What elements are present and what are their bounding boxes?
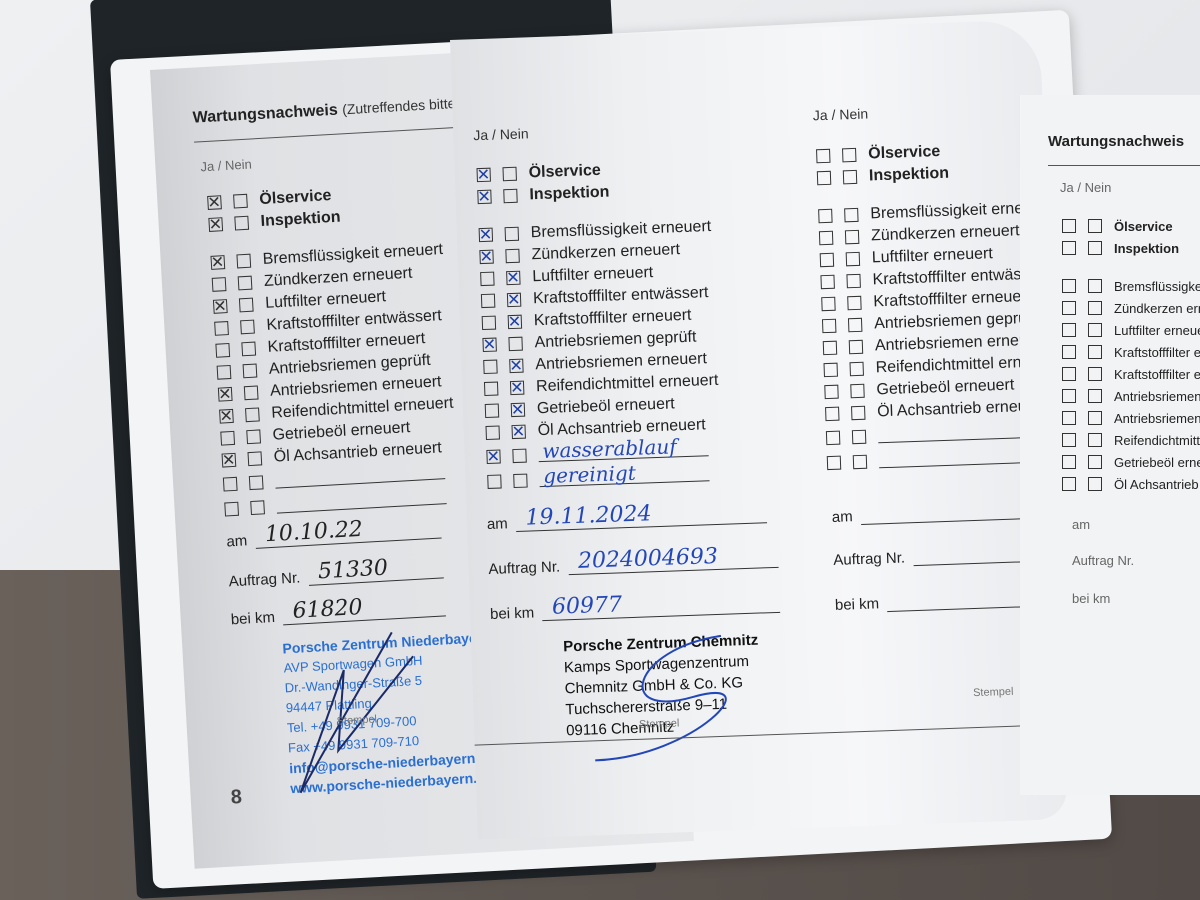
item-label: Getriebeöl erneuert bbox=[1114, 455, 1200, 470]
entry-2-km-field: bei km 60977 bbox=[490, 589, 781, 623]
checkbox-nein[interactable] bbox=[849, 340, 863, 354]
checkbox-nein[interactable] bbox=[1088, 411, 1102, 425]
checkbox-ja[interactable] bbox=[485, 404, 499, 418]
checkbox-ja[interactable] bbox=[214, 321, 229, 336]
checkbox-nein[interactable] bbox=[509, 359, 523, 373]
service-item-row: Öl Achsantrieb erneuert bbox=[1062, 473, 1200, 495]
checkbox-nein[interactable] bbox=[233, 194, 248, 209]
checkbox-ja[interactable] bbox=[1062, 323, 1076, 337]
checkbox-ja[interactable] bbox=[826, 430, 840, 444]
entry-2-signature bbox=[571, 624, 776, 771]
checkbox-ja[interactable] bbox=[482, 338, 496, 352]
item-label: Inspektion bbox=[260, 209, 341, 231]
entry-2-order-field: Auftrag Nr. 2024004693 bbox=[488, 544, 779, 578]
checkbox-ja[interactable] bbox=[816, 149, 830, 163]
page-heading-right: Wartungsnachweis bbox=[1048, 133, 1184, 150]
checkbox-ja[interactable] bbox=[487, 474, 501, 488]
checkbox-nein[interactable] bbox=[512, 448, 526, 462]
item-label: Öl Achsantrieb erneuert bbox=[1114, 477, 1200, 492]
checkbox-nein[interactable] bbox=[503, 189, 517, 203]
entry-2-checklist: ÖlserviceInspektionBremsflüssigkeit erne… bbox=[476, 156, 722, 494]
checkbox-ja[interactable] bbox=[480, 272, 494, 286]
service-item-row: Getriebeöl erneuert bbox=[1062, 451, 1200, 473]
checkbox-ja[interactable] bbox=[1062, 219, 1076, 233]
checkbox-nein[interactable] bbox=[249, 475, 264, 490]
checkbox-nein[interactable] bbox=[849, 362, 863, 376]
checkbox-nein[interactable] bbox=[1088, 389, 1102, 403]
checkbox-nein[interactable] bbox=[846, 252, 860, 266]
checkbox-nein[interactable] bbox=[234, 216, 249, 231]
ja-nein-header-4: Ja / Nein bbox=[1060, 180, 1111, 195]
checkbox-nein[interactable] bbox=[1088, 301, 1102, 315]
checkbox-nein[interactable] bbox=[1088, 219, 1102, 233]
item-label: Kraftstofffilter erneuert bbox=[1114, 367, 1200, 382]
checkbox-nein[interactable] bbox=[845, 230, 859, 244]
checkbox-ja[interactable] bbox=[207, 195, 222, 210]
item-label: Luftfilter erneuert bbox=[1114, 323, 1200, 338]
checkbox-nein[interactable] bbox=[511, 425, 525, 439]
checkbox-nein[interactable] bbox=[247, 451, 262, 466]
entry-1-checklist: ÖlserviceInspektionBremsflüssigkeit erne… bbox=[207, 179, 459, 522]
checkbox-ja[interactable] bbox=[212, 277, 227, 292]
checkbox-nein[interactable] bbox=[1088, 433, 1102, 447]
checkbox-ja[interactable] bbox=[824, 385, 838, 399]
checkbox-ja[interactable] bbox=[477, 190, 491, 204]
checkbox-ja[interactable] bbox=[821, 297, 835, 311]
checkbox-ja[interactable] bbox=[825, 407, 839, 421]
checkbox-nein[interactable] bbox=[513, 473, 527, 487]
checkbox-nein[interactable] bbox=[236, 254, 251, 269]
checkbox-ja[interactable] bbox=[1062, 455, 1076, 469]
checkbox-nein[interactable] bbox=[847, 296, 861, 310]
checkbox-ja[interactable] bbox=[485, 426, 499, 440]
service-item-row: Bremsflüssigkeit erneuert bbox=[1062, 275, 1200, 297]
checkbox-nein[interactable] bbox=[1088, 323, 1102, 337]
checkbox-nein[interactable] bbox=[1088, 455, 1102, 469]
checkbox-ja[interactable] bbox=[484, 382, 498, 396]
entry-3-date-field: am bbox=[831, 495, 1032, 526]
checkbox-nein[interactable] bbox=[844, 208, 858, 222]
checkbox-ja[interactable] bbox=[217, 365, 232, 380]
checkbox-ja[interactable] bbox=[1062, 367, 1076, 381]
checkbox-ja[interactable] bbox=[1062, 389, 1076, 403]
checkbox-nein[interactable] bbox=[245, 407, 260, 422]
checkbox-nein[interactable] bbox=[1088, 279, 1102, 293]
checkbox-ja[interactable] bbox=[223, 476, 238, 491]
entry-4-km-label: bei km bbox=[1072, 591, 1110, 606]
checkbox-nein[interactable] bbox=[243, 364, 258, 379]
checkbox-ja[interactable] bbox=[224, 501, 239, 516]
item-label: Luftfilter erneuert bbox=[532, 264, 654, 286]
service-item-row: Zündkerzen erneuert bbox=[1062, 297, 1200, 319]
ja-nein-header: Ja / Nein bbox=[200, 156, 252, 174]
checkbox-nein[interactable] bbox=[1088, 367, 1102, 381]
ja-nein-header-3: Ja / Nein bbox=[813, 105, 869, 123]
checkbox-ja[interactable] bbox=[818, 209, 832, 223]
checkbox-nein[interactable] bbox=[1088, 477, 1102, 491]
checkbox-nein[interactable] bbox=[502, 167, 516, 181]
entry-2-stempel-label: Stempel bbox=[639, 717, 680, 730]
checkbox-ja[interactable] bbox=[210, 255, 225, 270]
item-label: Zündkerzen erneuert bbox=[1114, 301, 1200, 316]
checkbox-nein[interactable] bbox=[510, 381, 524, 395]
service-item-row: Kraftstofffilter entwässert bbox=[1062, 341, 1200, 363]
checkbox-ja[interactable] bbox=[213, 299, 228, 314]
entry-1-km-field: bei km 61820 bbox=[230, 592, 446, 628]
checkbox-nein[interactable] bbox=[239, 298, 254, 313]
item-label: Getriebeöl erneuert bbox=[876, 377, 1014, 400]
checkbox-nein[interactable] bbox=[848, 318, 862, 332]
item-label: Inspektion bbox=[869, 165, 950, 186]
ja-nein-header-2: Ja / Nein bbox=[473, 125, 529, 143]
checkbox-nein[interactable] bbox=[505, 249, 519, 263]
entry-1-date-field: am 10.10.22 bbox=[226, 514, 442, 550]
service-type-row: Inspektion bbox=[1062, 237, 1200, 259]
booklet-page-right: Wartungsnachweis Ja / Nein ÖlserviceInsp… bbox=[1020, 95, 1200, 795]
checkbox-ja[interactable] bbox=[219, 409, 234, 424]
item-label: Reifendichtmittel erneuert bbox=[1114, 433, 1200, 448]
service-item-row: Kraftstofffilter erneuert bbox=[1062, 363, 1200, 385]
custom-item-line: gereinigt bbox=[539, 467, 709, 487]
checkbox-ja[interactable] bbox=[220, 431, 235, 446]
checkbox-nein[interactable] bbox=[250, 500, 265, 515]
checkbox-nein[interactable] bbox=[1088, 345, 1102, 359]
checkbox-ja[interactable] bbox=[819, 231, 833, 245]
checkbox-ja[interactable] bbox=[1062, 411, 1076, 425]
checkbox-nein[interactable] bbox=[511, 403, 525, 417]
checkbox-ja[interactable] bbox=[208, 217, 223, 232]
checkbox-ja[interactable] bbox=[482, 316, 496, 330]
checkbox-nein[interactable] bbox=[240, 320, 255, 335]
entry-4-date-label: am bbox=[1072, 517, 1090, 532]
checkbox-nein[interactable] bbox=[241, 342, 256, 357]
entry-1-stempel-label: Stempel bbox=[336, 713, 377, 727]
checkbox-ja[interactable] bbox=[215, 343, 230, 358]
item-label: Ölservice bbox=[259, 187, 332, 209]
checkbox-ja[interactable] bbox=[817, 171, 831, 185]
checkbox-ja[interactable] bbox=[479, 250, 493, 264]
checkbox-nein[interactable] bbox=[851, 406, 865, 420]
item-label: Zündkerzen erneuert bbox=[531, 241, 680, 264]
item-label: Zündkerzen erneuert bbox=[871, 222, 1020, 245]
service-item-row: Antriebsriemen erneuert bbox=[1062, 407, 1200, 429]
checkbox-nein[interactable] bbox=[238, 276, 253, 291]
checkbox-ja[interactable] bbox=[483, 360, 497, 374]
service-item-row: Luftfilter erneuert bbox=[1062, 319, 1200, 341]
item-label: Kraftstofffilter entwässert bbox=[1114, 345, 1200, 360]
checkbox-ja[interactable] bbox=[823, 341, 837, 355]
entry-4-checklist: ÖlserviceInspektionBremsflüssigkeit erne… bbox=[1062, 215, 1200, 495]
checkbox-ja[interactable] bbox=[481, 294, 495, 308]
item-label: Antriebsriemen geprüft bbox=[1114, 389, 1200, 404]
custom-item-line bbox=[276, 490, 447, 513]
checkbox-nein[interactable] bbox=[244, 385, 259, 400]
entry-3-stempel-label: Stempel bbox=[973, 686, 1014, 699]
checkbox-ja[interactable] bbox=[822, 319, 836, 333]
item-label: Inspektion bbox=[1114, 241, 1179, 256]
checkbox-nein[interactable] bbox=[852, 429, 866, 443]
checkbox-ja[interactable] bbox=[820, 275, 834, 289]
custom-item-line: wasserablauf bbox=[538, 442, 708, 462]
checkbox-nein[interactable] bbox=[842, 148, 856, 162]
entry-4-order-label: Auftrag Nr. bbox=[1072, 553, 1134, 568]
heading-divider-right bbox=[1048, 165, 1200, 166]
item-label: Ölservice bbox=[868, 143, 941, 164]
service-type-row: Ölservice bbox=[1062, 215, 1200, 237]
entry-1-order-field: Auftrag Nr. 51330 bbox=[228, 554, 444, 590]
checkbox-nein[interactable] bbox=[843, 170, 857, 184]
checkbox-nein[interactable] bbox=[1088, 241, 1102, 255]
item-label: Luftfilter erneuert bbox=[872, 245, 994, 267]
checkbox-nein[interactable] bbox=[507, 293, 521, 307]
entry-3-order-field: Auftrag Nr. bbox=[833, 538, 1034, 569]
checkbox-nein[interactable] bbox=[853, 454, 867, 468]
checkbox-ja[interactable] bbox=[1062, 279, 1076, 293]
item-label: Ölservice bbox=[528, 162, 601, 183]
service-item-row: Reifendichtmittel erneuert bbox=[1062, 429, 1200, 451]
checkbox-nein[interactable] bbox=[850, 384, 864, 398]
checkbox-nein[interactable] bbox=[246, 429, 261, 444]
checkbox-ja[interactable] bbox=[824, 363, 838, 377]
checkbox-ja[interactable] bbox=[1062, 433, 1076, 447]
checkbox-ja[interactable] bbox=[1062, 241, 1076, 255]
item-label: Ölservice bbox=[1114, 219, 1173, 234]
checkbox-nein[interactable] bbox=[505, 227, 519, 241]
item-label: Antriebsriemen erneuert bbox=[1114, 411, 1200, 426]
checkbox-ja[interactable] bbox=[1062, 301, 1076, 315]
checkbox-nein[interactable] bbox=[508, 337, 522, 351]
item-label: Bremsflüssigkeit erneuert bbox=[1114, 279, 1200, 294]
page-number: 8 bbox=[230, 786, 242, 810]
checkbox-ja[interactable] bbox=[1062, 477, 1076, 491]
checkbox-nein[interactable] bbox=[846, 274, 860, 288]
checkbox-ja[interactable] bbox=[827, 455, 841, 469]
checkbox-ja[interactable] bbox=[486, 449, 500, 463]
checkbox-ja[interactable] bbox=[479, 228, 493, 242]
entry-2-date-field: am 19.11.2024 bbox=[486, 499, 767, 533]
entry-3-km-field: bei km bbox=[834, 583, 1035, 614]
checkbox-ja[interactable] bbox=[476, 168, 490, 182]
checkbox-nein[interactable] bbox=[508, 315, 522, 329]
item-label: Getriebeöl erneuert bbox=[537, 395, 675, 418]
booklet-page-middle: Ja / Nein ÖlserviceInspektionBremsflüssi… bbox=[450, 19, 1068, 839]
checkbox-ja[interactable] bbox=[820, 253, 834, 267]
checkbox-ja[interactable] bbox=[1062, 345, 1076, 359]
checkbox-ja[interactable] bbox=[218, 387, 233, 402]
service-item-row: Antriebsriemen geprüft bbox=[1062, 385, 1200, 407]
checkbox-nein[interactable] bbox=[506, 271, 520, 285]
item-label: Inspektion bbox=[529, 184, 610, 205]
checkbox-ja[interactable] bbox=[222, 453, 237, 468]
